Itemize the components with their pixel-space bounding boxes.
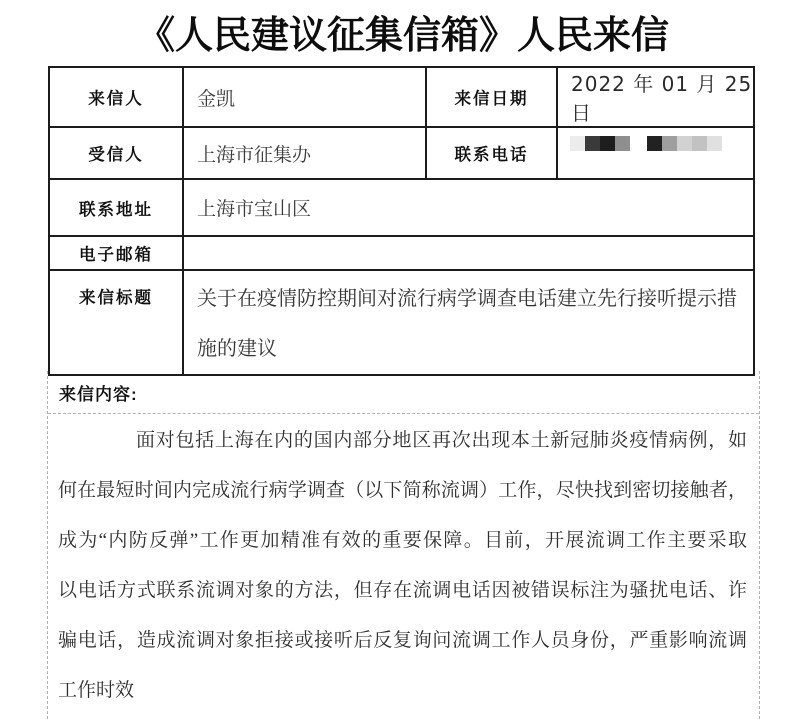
redaction-block xyxy=(600,136,615,151)
redaction-block xyxy=(677,136,692,151)
recipient-label: 受信人 xyxy=(49,127,183,179)
redaction-block xyxy=(570,136,585,151)
letter-content-section: 来信内容: 面对包括上海在内的国内部分地区再次出现本土新冠肺炎疫情病例，如何在最… xyxy=(47,371,760,719)
redaction-block xyxy=(615,136,630,151)
redaction-block xyxy=(647,136,662,151)
table-row-email: 电子邮箱 xyxy=(49,236,754,270)
content-line: 成为“内防反弹”工作更加精准有效的重要保障。目前，开展流调工作主要采取 xyxy=(58,516,747,566)
content-body: 面对包括上海在内的国内部分地区再次出现本土新冠肺炎疫情病例，如何在最短时间内完成… xyxy=(48,414,759,716)
sender-label: 来信人 xyxy=(49,67,183,127)
content-line: 以电话方式联系流调对象的方法，但存在流调电话因被错误标注为骚扰电话、诈 xyxy=(58,566,747,616)
content-label: 来信内容: xyxy=(48,371,759,414)
recipient-value: 上海市征集办 xyxy=(183,127,426,179)
redaction-block xyxy=(707,136,722,151)
table-row-sender-date: 来信人 金凯 来信日期 2022 年 01 月 25 日 xyxy=(49,67,754,127)
email-value xyxy=(183,236,754,270)
address-label: 联系地址 xyxy=(49,179,183,236)
letter-info-table: 来信人 金凯 来信日期 2022 年 01 月 25 日 受信人 上海市征集办 … xyxy=(48,66,755,376)
table-row-address: 联系地址 上海市宝山区 xyxy=(49,179,754,236)
redaction-block xyxy=(662,136,677,151)
table-row-recipient-phone: 受信人 上海市征集办 联系电话 xyxy=(49,127,754,179)
subject-value: 关于在疫情防控期间对流行病学调查电话建立先行接听提示措施的建议 xyxy=(183,270,754,375)
content-line: 工作时效 xyxy=(58,666,747,716)
date-label: 来信日期 xyxy=(426,67,557,127)
sender-value: 金凯 xyxy=(183,67,426,127)
content-line: 何在最短时间内完成流行病学调查（以下简称流调）工作，尽快找到密切接触者， xyxy=(58,466,747,516)
date-value: 2022 年 01 月 25 日 xyxy=(557,67,754,127)
phone-label: 联系电话 xyxy=(426,127,557,179)
content-line: 骗电话，造成流调对象拒接或接听后反复询问流调工作人员身份，严重影响流调 xyxy=(58,616,747,666)
subject-label: 来信标题 xyxy=(49,270,183,375)
email-label: 电子邮箱 xyxy=(49,236,183,270)
content-line: 面对包括上海在内的国内部分地区再次出现本土新冠肺炎疫情病例，如 xyxy=(58,416,747,466)
redaction-block xyxy=(692,136,707,151)
phone-redacted-value xyxy=(570,136,753,151)
address-value: 上海市宝山区 xyxy=(183,179,754,236)
letter-document: 《人民建议征集信箱》人民来信 来信人 金凯 来信日期 2022 年 01 月 2… xyxy=(0,0,806,719)
redaction-gap xyxy=(630,136,647,151)
phone-value-cell xyxy=(557,127,754,179)
page-title: 《人民建议征集信箱》人民来信 xyxy=(0,4,806,59)
table-row-subject: 来信标题 关于在疫情防控期间对流行病学调查电话建立先行接听提示措施的建议 xyxy=(49,270,754,375)
redaction-block xyxy=(585,136,600,151)
